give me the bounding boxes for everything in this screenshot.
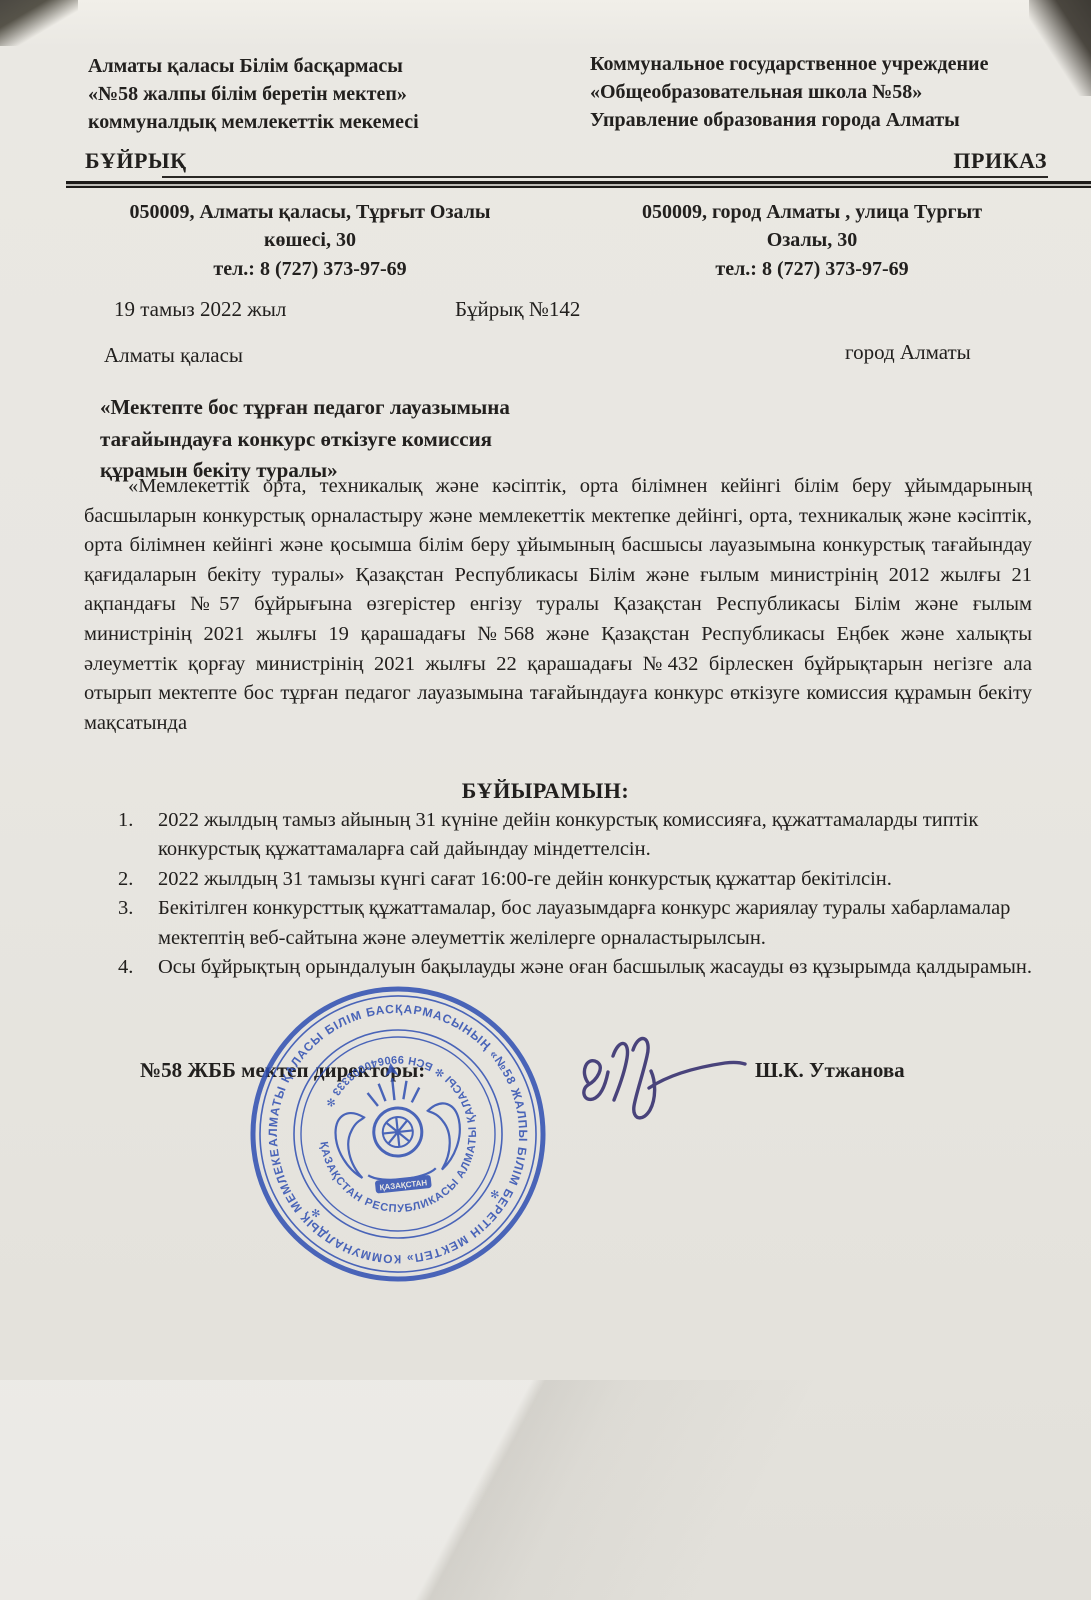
order-preamble: «Мемлекеттік орта, техникалық және кәсіп… <box>84 472 1032 738</box>
letterhead-kk-line: Алматы қаласы Білім басқармасы <box>88 52 478 80</box>
order-item-4: Осы бұйрықтың орындалуын бақылауды және … <box>118 953 1048 982</box>
stamp-seal-icon: АЛМАТЫ ҚАЛАСЫ БІЛІМ БАСҚАРМАСЫНЫҢ «№58 Ж… <box>231 967 565 1301</box>
city-kazakh: Алматы қаласы <box>104 343 243 368</box>
letterhead-ru-line: Управление образования города Алматы <box>590 106 1040 134</box>
address-kk-line: 050009, Алматы қаласы, Тұрғыт Озалы <box>70 198 550 226</box>
address-ru-line: 050009, город Алматы , улица Тургыт <box>588 198 1036 226</box>
letterhead-ru-line: «Общеобразовательная школа №58» <box>590 78 1040 106</box>
svg-text:✻: ✻ <box>490 1188 501 1202</box>
city-russian: город Алматы <box>845 340 971 365</box>
letterhead-ru-line: Коммунальное государственное учреждение <box>590 50 1040 78</box>
letterhead-kazakh: Алматы қаласы Білім басқармасы «№58 жалп… <box>88 52 478 136</box>
svg-text:✻: ✻ <box>311 1207 322 1221</box>
signature-scribble-icon <box>575 1022 785 1132</box>
official-stamp: АЛМАТЫ ҚАЛАСЫ БІЛІМ БАСҚАРМАСЫНЫҢ «№58 Ж… <box>231 967 565 1301</box>
thick-divider-line <box>66 181 1091 188</box>
order-title-kazakh: БҰЙРЫҚ <box>85 148 187 174</box>
address-ru-line: тел.: 8 (727) 373-97-69 <box>588 255 1036 283</box>
scanned-order-document: Алматы қаласы Білім басқармасы «№58 жалп… <box>0 0 1091 1600</box>
resolution-heading: БҰЙЫРАМЫН: <box>0 778 1091 804</box>
letterhead-kk-line: «№58 жалпы білім беретін мектеп» <box>88 80 478 108</box>
order-title-russian: ПРИКАЗ <box>953 148 1047 174</box>
subject-line: тағайындауға конкурс өткізуге комиссия <box>100 424 660 456</box>
address-russian: 050009, город Алматы , улица Тургыт Озал… <box>588 198 1036 283</box>
photo-shadow-top-left <box>0 0 78 46</box>
address-kazakh: 050009, Алматы қаласы, Тұрғыт Озалы көше… <box>70 198 550 283</box>
subject-line: «Мектепте бос тұрған педагог лауазымына <box>100 392 660 424</box>
address-kk-line: көшесі, 30 <box>70 226 550 254</box>
address-ru-line: Озалы, 30 <box>588 226 1036 254</box>
letterhead-kk-line: коммуналдық мемлекеттік мекемесі <box>88 108 478 136</box>
thin-divider-line <box>162 176 1048 178</box>
order-date: 19 тамыз 2022 жыл <box>114 297 286 322</box>
order-item-1: 2022 жылдың тамыз айының 31 күніне дейін… <box>118 806 1048 865</box>
paper-crease <box>0 1380 1091 1600</box>
order-items-list: 2022 жылдың тамыз айының 31 күніне дейін… <box>118 806 1048 982</box>
address-kk-line: тел.: 8 (727) 373-97-69 <box>70 255 550 283</box>
letterhead-russian: Коммунальное государственное учреждение … <box>590 50 1040 134</box>
order-item-3: Бекітілген конкурсттық құжаттамалар, бос… <box>118 894 1048 953</box>
order-item-2: 2022 жылдың 31 тамызы күнгі сағат 16:00-… <box>118 865 1048 894</box>
handwritten-signature <box>575 1022 785 1137</box>
order-number: Бұйрық №142 <box>455 297 580 322</box>
